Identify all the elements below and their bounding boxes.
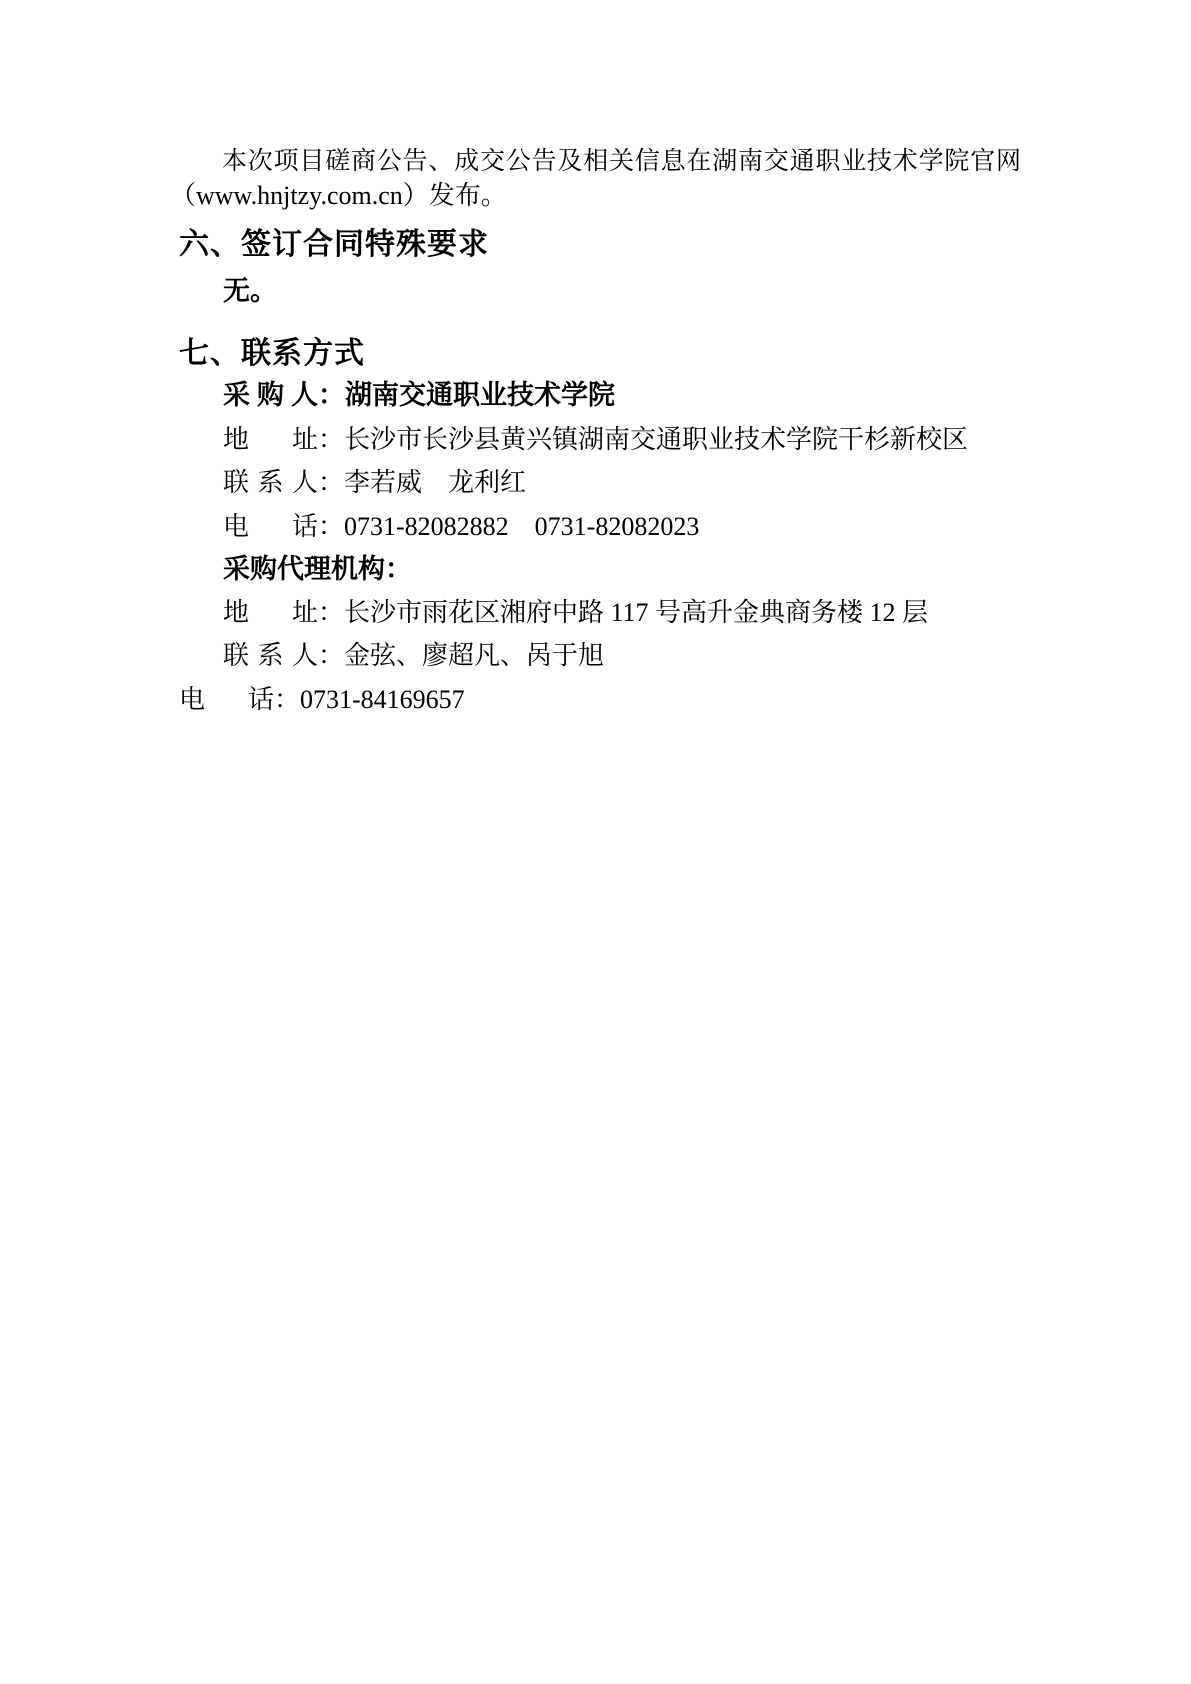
phone-label: 电话: [179, 684, 274, 717]
phone-value: 0731-82082882 0731-82082023: [344, 512, 699, 541]
address-value: 长沙市长沙县黄兴镇湖南交通职业技术学院干杉新校区: [344, 425, 968, 454]
phone-colon: ：: [318, 512, 344, 541]
contact-colon: ：: [318, 468, 344, 497]
section6-content: 无。: [223, 275, 277, 309]
phone-label: 电话: [223, 511, 318, 544]
section7-heading: 七、联系方式: [179, 335, 365, 373]
purchaser-address-row: 地址：长沙市长沙县黄兴镇湖南交通职业技术学院干杉新校区: [223, 424, 968, 457]
purchaser-value: 湖南交通职业技术学院: [345, 380, 615, 410]
address-colon: ：: [318, 598, 344, 627]
phone-colon: ：: [274, 685, 300, 714]
phone-value: 0731-84169657: [300, 685, 465, 714]
purchaser-phone-row: 电话：0731-82082882 0731-82082023: [223, 511, 699, 544]
contact-value: 李若威 龙利红: [344, 468, 526, 497]
address-label: 地址: [223, 424, 318, 457]
contact-value: 金弦、廖超凡、呙于旭: [344, 641, 604, 670]
intro-paragraph-line1: 本次项目磋商公告、成交公告及相关信息在湖南交通职业技术学院官网: [170, 146, 1021, 177]
purchaser-row: 采购人：湖南交通职业技术学院: [223, 379, 615, 413]
address-label: 地址: [223, 597, 318, 630]
agency-address-row: 地址：长沙市雨花区湘府中路 117 号高升金典商务楼 12 层: [223, 597, 928, 630]
agency-contact-row: 联系人：金弦、廖超凡、呙于旭: [223, 640, 604, 673]
purchaser-contact-row: 联系人：李若威 龙利红: [223, 467, 526, 500]
section6-heading: 六、签订合同特殊要求: [179, 226, 489, 264]
agency-heading: 采购代理机构：: [223, 553, 412, 587]
contact-label: 联系人: [223, 640, 318, 673]
purchaser-label: 采购人: [223, 379, 318, 413]
contact-colon: ：: [318, 641, 344, 670]
agency-phone-row: 电话：0731-84169657: [179, 684, 465, 717]
purchaser-colon: ：: [318, 380, 345, 410]
contact-label: 联系人: [223, 467, 318, 500]
document-page: 本次项目磋商公告、成交公告及相关信息在湖南交通职业技术学院官网 （www.hnj…: [0, 0, 1191, 1684]
intro-paragraph-line2: （www.hnjtzy.com.cn）发布。: [170, 180, 507, 213]
address-value: 长沙市雨花区湘府中路 117 号高升金典商务楼 12 层: [344, 598, 928, 627]
address-colon: ：: [318, 425, 344, 454]
